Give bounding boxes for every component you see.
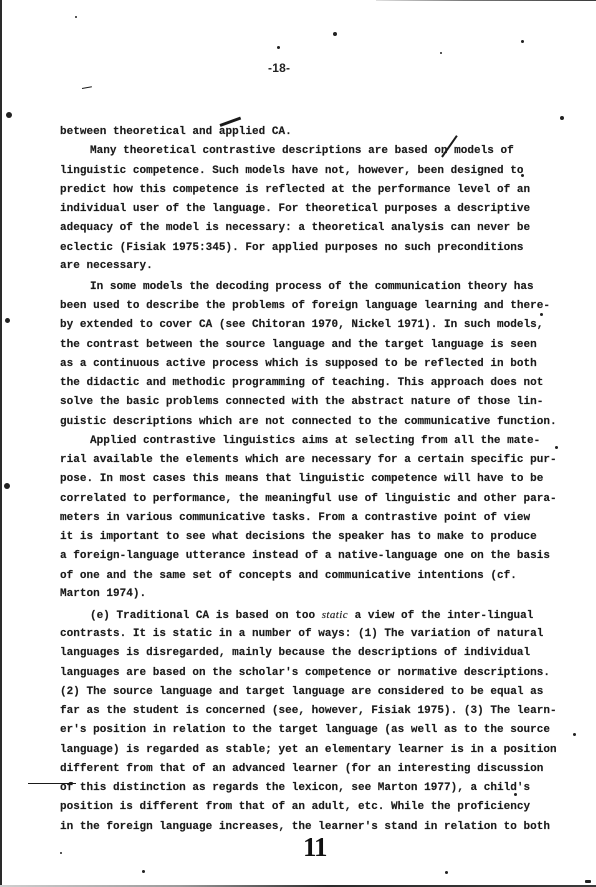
- text-line: the didactic and methodic programming of…: [60, 374, 530, 393]
- text-line: are necessary.: [60, 258, 530, 275]
- text-line: Marton 1974).: [60, 586, 530, 603]
- page-footer-number: 11: [303, 832, 327, 863]
- scan-noise-speck: [445, 871, 448, 874]
- text-line: adequacy of the model is necessary: a th…: [60, 219, 530, 238]
- text-line: predict how this competence is reflected…: [60, 181, 530, 200]
- text-line: language) is regarded as stable; yet an …: [60, 741, 530, 760]
- text-line: position is different from that of an ad…: [60, 798, 530, 817]
- text-line: solve the basic problems connected with …: [60, 393, 530, 412]
- text-line: a foreign-language utterance instead of …: [60, 547, 530, 566]
- text-line: between theoretical and applied CA.: [60, 123, 530, 142]
- body-text: between theoretical and applied CA. Many…: [60, 123, 530, 837]
- paragraph-start-line: In some models the decoding process of t…: [60, 278, 530, 297]
- scan-left-edge: [0, 0, 2, 887]
- text-line: languages is disregarded, mainly because…: [60, 644, 530, 663]
- paragraph-e-text-before: (e) Traditional CA is based on too: [90, 610, 322, 622]
- text-line: er's position in relation to the target …: [60, 721, 530, 740]
- scan-top-edge: [376, 0, 596, 1]
- scan-noise-speck: [6, 112, 12, 118]
- scan-noise-speck: [573, 733, 576, 736]
- paragraph-e-first-line: (e) Traditional CA is based on too stati…: [60, 606, 530, 625]
- scan-noise-speck: [514, 793, 517, 796]
- text-line: by extended to cover CA (see Chitoran 19…: [60, 316, 530, 335]
- paragraph-start-line: Applied contrastive linguistics aims at …: [60, 432, 530, 451]
- scan-noise-speck: [5, 318, 10, 323]
- text-line: correlated to performance, the meaningfu…: [60, 490, 530, 509]
- text-line: of one and the same set of concepts and …: [60, 567, 530, 586]
- text-line: of this distinction as regards the lexic…: [60, 779, 530, 798]
- scan-noise-speck: [60, 852, 62, 854]
- paragraph-e-text-after: a view of the inter-lingual: [348, 610, 533, 622]
- scan-noise-speck: [142, 870, 145, 873]
- scan-noise-speck: [521, 40, 524, 43]
- text-line: different from that of an advanced learn…: [60, 760, 530, 779]
- scan-noise-speck: [585, 880, 591, 883]
- text-line: eclectic (Fisiak 1975:345). For applied …: [60, 239, 530, 258]
- text-line: individual user of the language. For the…: [60, 200, 530, 219]
- text-line: linguistic competence. Such models have …: [60, 162, 530, 181]
- scan-noise-speck: [75, 16, 77, 18]
- text-line: contrasts. It is static in a number of w…: [60, 625, 530, 644]
- scan-noise-speck: [440, 52, 442, 54]
- text-line: (2) The source language and target langu…: [60, 683, 530, 702]
- scan-noise-speck: [4, 483, 10, 489]
- pen-stroke-mark: [28, 783, 76, 784]
- pen-stroke-mark: [82, 86, 92, 89]
- paragraph-start-line: Many theoretical contrastive description…: [60, 142, 530, 161]
- text-line: languages are based on the scholar's com…: [60, 664, 530, 683]
- scan-noise-speck: [521, 174, 524, 177]
- text-line: pose. In most cases this means that ling…: [60, 470, 530, 489]
- scan-noise-speck: [277, 46, 280, 49]
- text-line: been used to describe the problems of fo…: [60, 297, 530, 316]
- text-line: it is important to see what decisions th…: [60, 528, 530, 547]
- page-header-number: -18-: [268, 61, 290, 75]
- scan-noise-speck: [333, 32, 337, 36]
- scan-noise-speck: [560, 116, 564, 120]
- text-line: far as the student is concerned (see, ho…: [60, 702, 530, 721]
- text-line: the contrast between the source language…: [60, 336, 530, 355]
- text-line: guistic descriptions which are not conne…: [60, 413, 530, 432]
- scan-noise-speck: [555, 446, 558, 449]
- scan-noise-speck: [540, 313, 543, 316]
- text-line: as a continuous active process which is …: [60, 355, 530, 374]
- text-line: meters in various communicative tasks. F…: [60, 509, 530, 528]
- scanned-document-page: -18- between theoretical and applied CA.…: [0, 0, 596, 887]
- text-line: rial available the elements which are ne…: [60, 451, 530, 470]
- italic-emphasis-static: static: [322, 609, 348, 621]
- text-line: in the foreign language increases, the l…: [60, 818, 530, 837]
